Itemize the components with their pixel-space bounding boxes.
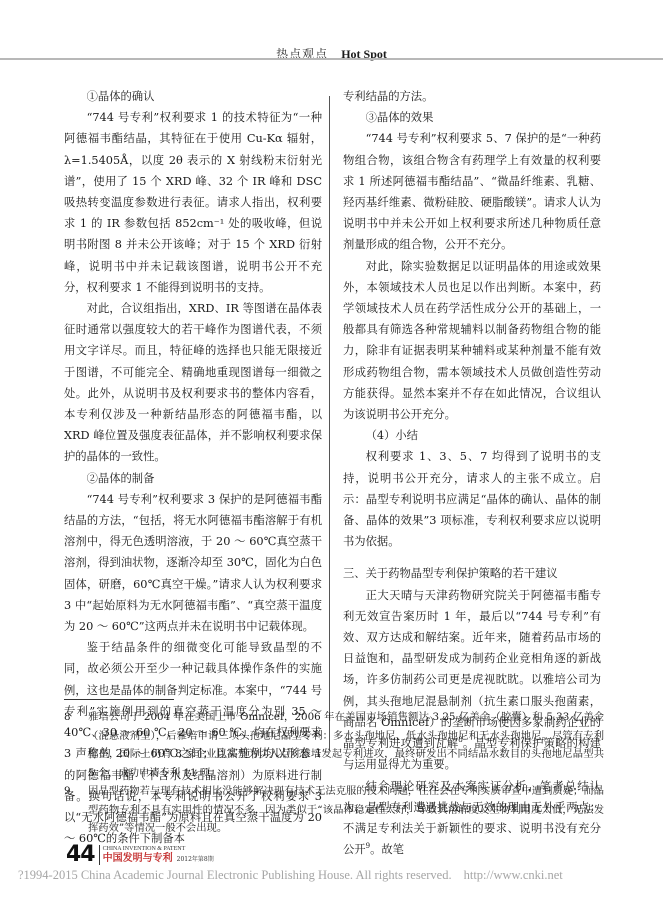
copyright-line: ?1994-2015 China Academic Journal Electr… [0, 868, 663, 883]
cnki-link[interactable]: http://www.cnki.net [464, 868, 563, 882]
subheading-crystal-effect: ③晶体的效果 [343, 107, 601, 128]
paragraph-continuation: 专利结晶的方法。 [343, 86, 601, 107]
subheading-crystal-preparation: ②晶体的制备 [64, 468, 322, 489]
paragraph: 权利要求 1、3、5、7 均得到了说明书的支持，说明书公开充分，请求人的主张不成… [343, 446, 601, 552]
page-number: 44 [66, 842, 95, 867]
journal-masthead: CHINA INVENTION & PATENT 中国发明与专利 2012年第8… [103, 845, 214, 864]
column-divider [329, 96, 330, 751]
paragraph: 对此，合议组指出，XRD、IR 等图谱在晶体表征时通常以强度较大的若干峰作为图谱… [64, 298, 322, 468]
copyright-text: ?1994-2015 China Academic Journal Electr… [18, 868, 452, 882]
paragraph: “744 号专利”权利要求 3 保护的是阿德福韦酯结晶的方法，“包括，将无水阿德… [64, 489, 322, 637]
journal-name-cn: 中国发明与专利 [103, 854, 173, 863]
paragraph: “744 号专利”权利要求 1 的技术特征为“一种阿德福韦酯结晶，其特征在于使用… [64, 107, 322, 298]
footnote-text: 雅培公司于 2004 年在美国上市 Omnicef，2006 年在美国市场销售额… [88, 708, 604, 782]
paragraph: 对此，除实验数据足以证明晶体的用途或效果外，本领域技术人员也足以作出判断。本案中… [343, 256, 601, 426]
paragraph-text: 。故笔 [370, 843, 404, 856]
footnote-number: 8 [64, 708, 88, 782]
footnotes: 8 雅培公司于 2004 年在美国上市 Omnicef，2006 年在美国市场销… [64, 708, 604, 838]
subheading-summary: （4）小结 [343, 425, 601, 446]
running-header: 热点观点 Hot Spot [0, 43, 663, 59]
footnote-8: 8 雅培公司于 2004 年在美国上市 Omnicef，2006 年在美国市场销… [64, 708, 604, 782]
footnote-rule [64, 699, 174, 700]
page-footer: 44 CHINA INVENTION & PATENT 中国发明与专利 2012… [66, 842, 214, 867]
footnote-number: 9 [64, 782, 88, 838]
journal-issue: 2012年第8期 [177, 855, 214, 864]
footnote-text: 因晶型药物若与现有技术相比没能够解决现有技术无法克服的技术问题，往往会在专利实质… [88, 782, 604, 838]
section-heading: 三、关于药物晶型专利保护策略的若干建议 [343, 563, 601, 584]
footnote-9: 9 因晶型药物若与现有技术相比没能够解决现有技术无法克服的技术问题，往往会在专利… [64, 782, 604, 838]
paragraph: “744 号专利”权利要求 5、7 保护的是“一种药物组合物，该组合物含有药理学… [343, 128, 601, 255]
footer-divider [99, 845, 100, 865]
header-rule [0, 58, 663, 60]
subheading-crystal-confirmation: ①晶体的确认 [64, 86, 322, 107]
